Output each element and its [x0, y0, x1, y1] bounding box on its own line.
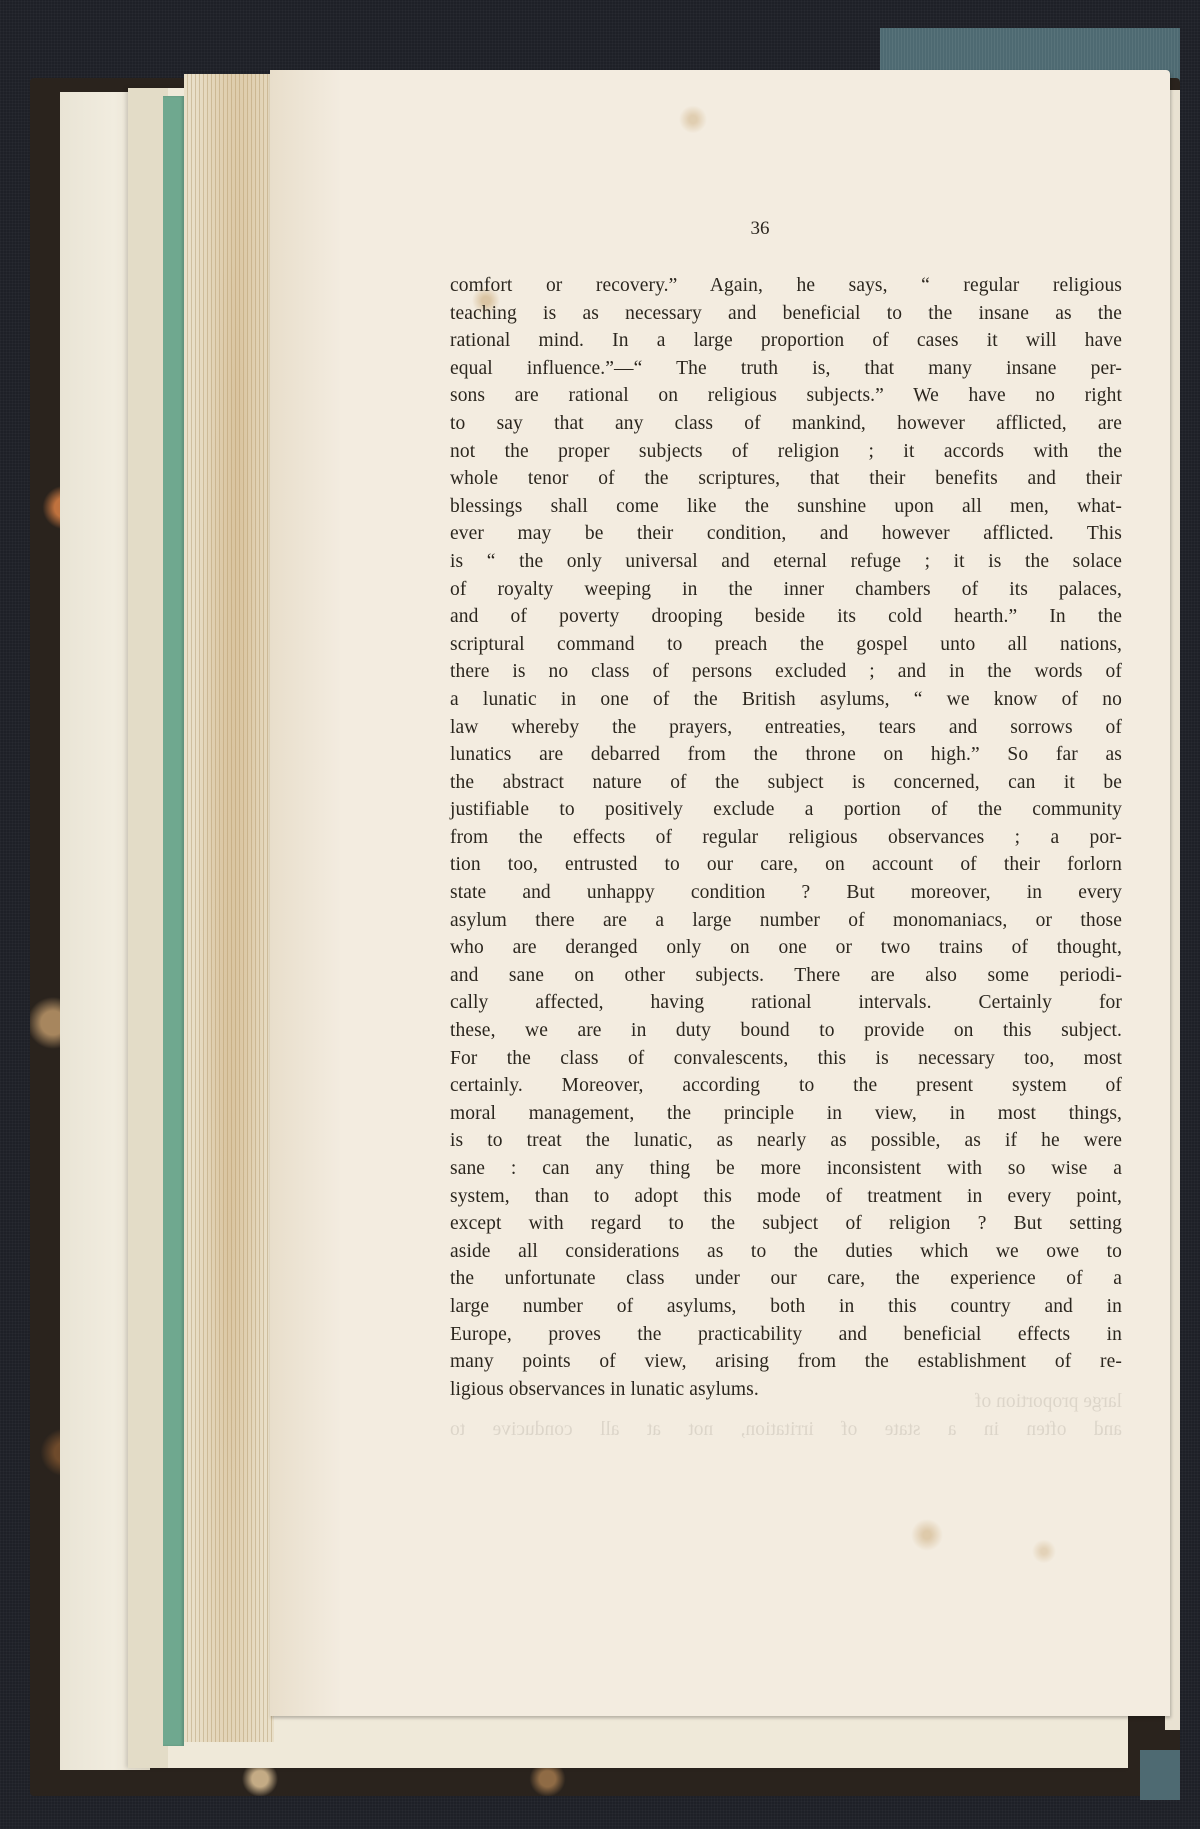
text-line: from the effects of regular religious ob… — [450, 824, 1122, 852]
text-line: who are deranged only on one or two trai… — [450, 934, 1122, 962]
text-line: Europe, proves the practicability and be… — [450, 1321, 1122, 1349]
text-line: these, we are in duty bound to provide o… — [450, 1017, 1122, 1045]
green-page-edge — [163, 96, 184, 1746]
text-line: sons are rational on religious subjects.… — [450, 382, 1122, 410]
text-line: is “ the only universal and eternal refu… — [450, 548, 1122, 576]
page-edges-stack — [184, 74, 274, 1742]
text-line: state and unhappy condition ? But moreov… — [450, 879, 1122, 907]
text-line: sane : can any thing be more inconsisten… — [450, 1155, 1122, 1183]
text-line: asylum there are a large number of monom… — [450, 907, 1122, 935]
text-line: the unfortunate class under our care, th… — [450, 1265, 1122, 1293]
text-line: tion too, entrusted to our care, on acco… — [450, 851, 1122, 879]
text-line: except with regard to the subject of rel… — [450, 1210, 1122, 1238]
text-line: For the class of convalescents, this is … — [450, 1045, 1122, 1073]
page-body-text: comfort or recovery.” Again, he says, “ … — [450, 272, 1122, 1403]
text-line: lunatics are debarred from the throne on… — [450, 741, 1122, 769]
text-line: a lunatic in one of the British asylums,… — [450, 686, 1122, 714]
text-line: many points of view, arising from the es… — [450, 1348, 1122, 1376]
text-line: justifiable to positively exclude a port… — [450, 796, 1122, 824]
text-line: of royalty weeping in the inner chambers… — [450, 576, 1122, 604]
text-line: not the proper subjects of religion ; it… — [450, 438, 1122, 466]
text-line: scriptural command to preach the gospel … — [450, 631, 1122, 659]
text-line: the abstract nature of the subject is co… — [450, 769, 1122, 797]
text-line: rational mind. In a large proportion of … — [450, 327, 1122, 355]
text-line: whole tenor of the scriptures, that thei… — [450, 465, 1122, 493]
cloth-binding-corner-bottom — [1140, 1750, 1180, 1800]
text-line: comfort or recovery.” Again, he says, “ … — [450, 272, 1122, 300]
text-line: certainly. Moreover, according to the pr… — [450, 1072, 1122, 1100]
text-line: and sane on other subjects. There are al… — [450, 962, 1122, 990]
page-number: 36 — [310, 218, 1200, 240]
show-through-text: large proportion of and often in a state… — [450, 1388, 1122, 1443]
text-line: to say that any class of mankind, howeve… — [450, 410, 1122, 438]
text-line: equal influence.”—“ The truth is, that m… — [450, 355, 1122, 383]
text-line: ever may be their condition, and however… — [450, 520, 1122, 548]
text-line: moral management, the principle in view,… — [450, 1100, 1122, 1128]
text-line: is to treat the lunatic, as nearly as po… — [450, 1127, 1122, 1155]
text-line: there is no class of persons excluded ; … — [450, 658, 1122, 686]
text-line: large number of asylums, both in this co… — [450, 1293, 1122, 1321]
text-line: and of poverty drooping beside its cold … — [450, 603, 1122, 631]
text-line: teaching is as necessary and beneficial … — [450, 300, 1122, 328]
show-through-line: and often in a state of irritation, not … — [450, 1416, 1122, 1444]
show-through-line: large proportion of — [450, 1388, 1122, 1416]
text-line: aside all considerations as to the dutie… — [450, 1238, 1122, 1266]
book-page: 36 comfort or recovery.” Again, he says,… — [270, 70, 1170, 1716]
text-line: cally affected, having rational interval… — [450, 989, 1122, 1017]
text-line: system, than to adopt this mode of treat… — [450, 1183, 1122, 1211]
text-line: law whereby the prayers, entreaties, tea… — [450, 714, 1122, 742]
text-line: blessings shall come like the sunshine u… — [450, 493, 1122, 521]
